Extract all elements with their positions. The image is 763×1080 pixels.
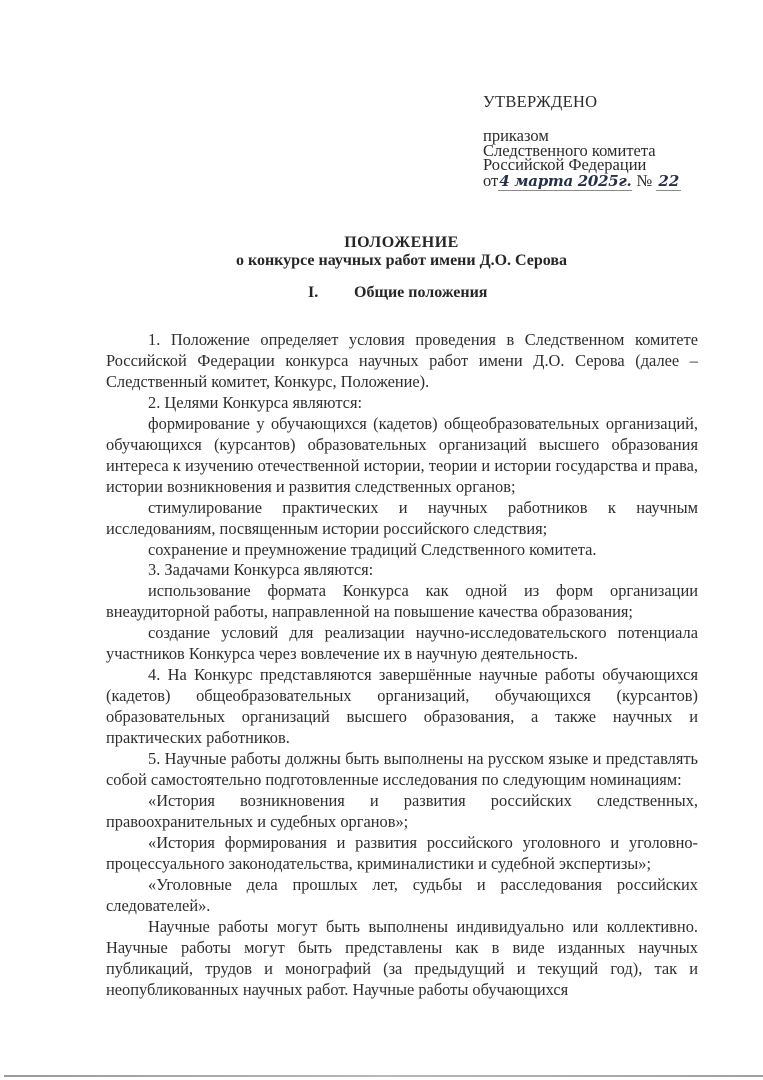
paragraph-goal-3: сохранение и преумножение традиций Следс…: [106, 540, 698, 561]
paragraph-5: 5. Научные работы должны быть выполнены …: [106, 749, 698, 791]
paragraph-2: 2. Целями Конкурса являются:: [106, 393, 698, 414]
document-subtitle: о конкурсе научных работ имени Д.О. Серо…: [0, 252, 763, 270]
paragraph-task-1: использование формата Конкурса как одной…: [106, 581, 698, 623]
paragraph-goal-2: стимулирование практических и научных ра…: [106, 498, 698, 540]
approval-stamp: УТВЕРЖДЕНО приказом Следственного комите…: [483, 94, 681, 189]
document-body: 1. Положение определяет условия проведен…: [106, 330, 698, 1001]
number-sign: №: [637, 171, 653, 190]
nomination-1: «История возникновения и развития россий…: [106, 791, 698, 833]
document-title-block: ПОЛОЖЕНИЕ о конкурсе научных работ имени…: [0, 234, 763, 270]
paragraph-4: 4. На Конкурс представляются завершённые…: [106, 665, 698, 749]
paragraph-task-2: создание условий для реализации научно-и…: [106, 623, 698, 665]
paragraph-3: 3. Задачами Конкурса являются:: [106, 560, 698, 581]
nomination-3: «Уголовные дела прошлых лет, судьбы и ра…: [106, 875, 698, 917]
handwritten-order-number: 22: [656, 172, 681, 191]
paragraph-goal-1: формирование у обучающихся (кадетов) общ…: [106, 414, 698, 498]
date-prefix: от: [483, 171, 498, 190]
handwritten-date: 4 марта 2025г.: [498, 172, 632, 191]
document-page: УТВЕРЖДЕНО приказом Следственного комите…: [0, 0, 763, 1080]
approval-date-line: от4 марта 2025г. № 22: [483, 173, 681, 189]
section-number: I.: [308, 284, 354, 302]
paragraph-1: 1. Положение определяет условия проведен…: [106, 330, 698, 393]
paragraph-submission-forms: Научные работы могут быть выполнены инди…: [106, 917, 698, 1001]
section-title: Общие положения: [354, 284, 487, 301]
document-title: ПОЛОЖЕНИЕ: [0, 234, 763, 252]
scan-edge-line: [4, 1075, 763, 1077]
nomination-2: «История формирования и развития российс…: [106, 833, 698, 875]
approval-title: УТВЕРЖДЕНО: [483, 94, 681, 110]
section-heading: I.Общие положения: [308, 284, 487, 302]
